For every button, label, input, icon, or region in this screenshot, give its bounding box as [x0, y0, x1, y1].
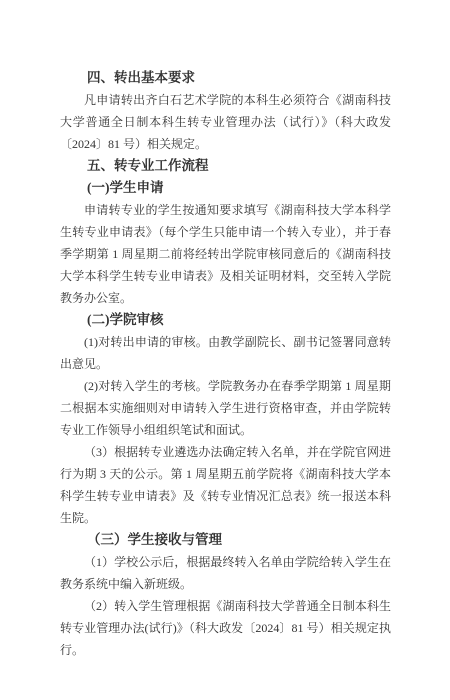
section-heading: （三）学生接收与管理: [60, 529, 391, 551]
body-paragraph: 凡申请转出齐白石艺术学院的本科生必须符合《湖南科技大学普通全日制本科生转专业管理…: [60, 89, 391, 155]
body-paragraph: （1）学校公示后，根据最终转入名单由学院给转入学生在教务系统中编入新班级。: [60, 551, 391, 595]
body-paragraph: (2)对转入学生的考核。学院教务办在春季学期第 1 周星期二根据本实施细则对申请…: [60, 375, 391, 441]
section-heading: (二)学院审核: [60, 309, 391, 331]
body-paragraph: 申请转专业的学生按通知要求填写《湖南科技大学本科学生转专业申请表》（每个学生只能…: [60, 199, 391, 309]
section-heading: 四、转出基本要求: [60, 67, 391, 89]
body-paragraph: （2）转入学生管理根据《湖南科技大学普通全日制本科生转专业管理办法(试行)》（科…: [60, 595, 391, 661]
section-heading: (一)学生申请: [60, 177, 391, 199]
body-paragraph: （3）根据转专业遴选办法确定转入名单，并在学院官网进行为期 3 天的公示。第 1…: [60, 441, 391, 529]
document-content: 四、转出基本要求凡申请转出齐白石艺术学院的本科生必须符合《湖南科技大学普通全日制…: [60, 67, 391, 661]
scanned-document-page: 四、转出基本要求凡申请转出齐白石艺术学院的本科生必须符合《湖南科技大学普通全日制…: [0, 0, 450, 700]
section-heading: 五、转专业工作流程: [60, 155, 391, 177]
body-paragraph: (1)对转出申请的审核。由教学副院长、副书记签署同意转出意见。: [60, 331, 391, 375]
